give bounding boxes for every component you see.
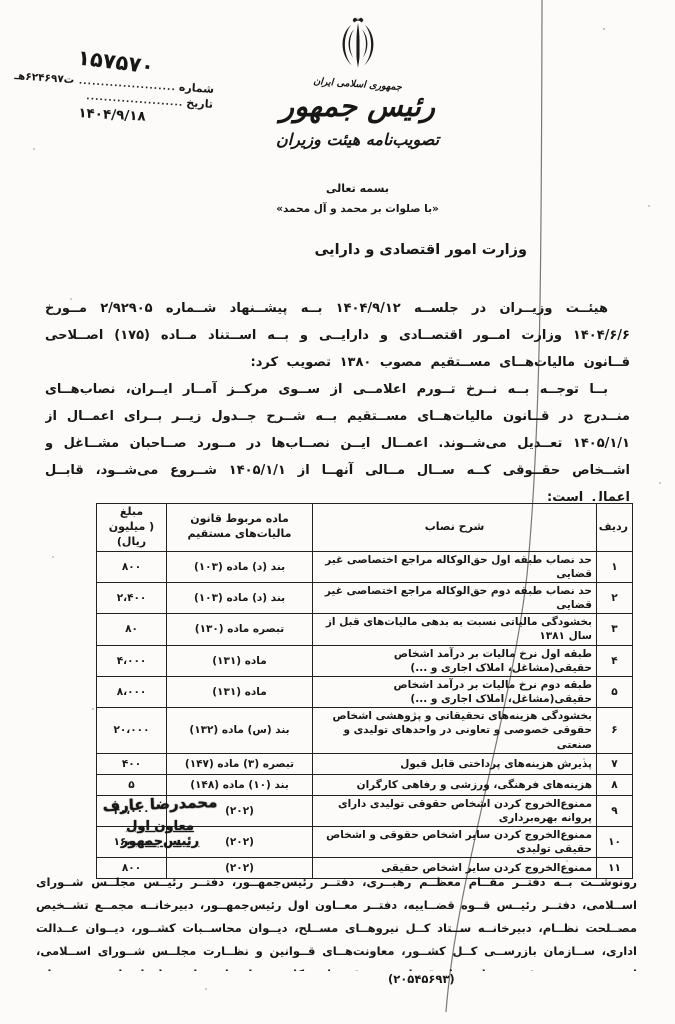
amount-cell: ۸۰۰ [97,551,167,582]
description-cell: بخشودگی مالیاتی نسبت به بدهی مالیات‌های … [313,614,597,645]
article-cell: بند (د) ماده (۱۰۳) [167,582,313,613]
row-number-cell: ۷ [597,753,633,774]
decree-paragraph-1: هیئــت وزیــران در جلســه ۱۴۰۴/۹/۱۲ بــه… [45,295,630,376]
table-row: ۸هزینه‌های فرهنگی، ورزشی و رفاهی کارگران… [97,774,633,795]
scan-noise-speckles [0,0,2,2]
description-cell: حد نصاب طبقه اول حق‌الوکاله مراجع اختصاص… [313,551,597,582]
amount-cell: ۲۰،۰۰۰ [97,708,167,754]
table-header-row: ردیف شرح نصاب ماده مربوط قانون مالیات‌ها… [97,504,633,552]
row-number-cell: ۸ [597,774,633,795]
document-type-title: تصویب‌نامه هیئت وزیران [40,130,675,149]
row-number-cell: ۳ [597,614,633,645]
description-cell: طبقه دوم نرخ مالیات بر درآمد اشخاص حقیقی… [313,676,597,707]
decree-paragraph-2: بــا توجــه بــه نــرخ تــورم اعلامــی ا… [45,376,630,501]
article-cell: بند (س) ماده (۱۳۲) [167,708,313,754]
letterhead-emblem-block: جمهوری اسلامی ایران رئیس جمهور تصویب‌نام… [40,14,675,149]
article-cell: بند (۱۰) ماده (۱۴۸) [167,774,313,795]
header-description: شرح نصاب [313,504,597,552]
bismillah-line: بسمه تعالی [40,182,675,195]
description-cell: هزینه‌های فرهنگی، ورزشی و رفاهی کارگران [313,774,597,795]
signatory-title: معاون اول رئیس‌جمهور [85,819,235,849]
distribution-list: رونوشــت بــه دفتــر مقــام معظــم رهبــ… [36,871,637,971]
row-number-cell: ۱۰ [597,827,633,858]
row-number-cell: ۶ [597,708,633,754]
table-row: ۷پذیرش هزینه‌های پرداختی قابل قبولتبصره … [97,753,633,774]
addressee-ministry: وزارت امور اقتصادی و دارایی [314,242,527,258]
table-row: ۳بخشودگی مالیاتی نسبت به بدهی مالیات‌های… [97,614,633,645]
article-cell: بند (د) ماده (۱۰۳) [167,551,313,582]
row-number-cell: ۹ [597,795,633,826]
row-number-cell: ۱ [597,551,633,582]
article-cell: ماده (۱۳۱) [167,676,313,707]
table-row: ۵طبقه دوم نرخ مالیات بر درآمد اشخاص حقیق… [97,676,633,707]
description-cell: بخشودگی هزینه‌های تحقیقاتی و پژوهشی اشخا… [313,708,597,754]
header-amount: مبلغ ( میلیون ریال) [97,504,167,552]
description-cell: حد نصاب طبقه دوم حق‌الوکاله مراجع اختصاص… [313,582,597,613]
description-cell: ممنوع‌الخروج کردن سایر اشخاص حقوقی و اشخ… [313,827,597,858]
table-row: ۲حد نصاب طبقه دوم حق‌الوکاله مراجع اختصا… [97,582,633,613]
table-row: ۱حد نصاب طبقه اول حق‌الوکاله مراجع اختصا… [97,551,633,582]
description-cell: پذیرش هزینه‌های پرداختی قابل قبول [313,753,597,774]
row-number-cell: ۵ [597,676,633,707]
table-row: ۴طبقه اول نرخ مالیات بر درآمد اشخاص حقیق… [97,645,633,676]
article-cell: تبصره ماده (۱۳۰) [167,614,313,645]
row-number-cell: ۴ [597,645,633,676]
amount-cell: ۸۰ [97,614,167,645]
article-cell: تبصره (۳) ماده (۱۴۷) [167,753,313,774]
scanned-decree-page: ۱۵۷۵۷۰ شماره ...................... ت۶۲۴… [0,0,675,1024]
amount-cell: ۲،۴۰۰ [97,582,167,613]
table-row: ۶بخشودگی هزینه‌های تحقیقاتی و پژوهشی اشخ… [97,708,633,754]
amount-cell: ۴۰۰ [97,753,167,774]
header-row-number: ردیف [597,504,633,552]
amount-cell: ۸،۰۰۰ [97,676,167,707]
signatory-name: محمدرضا عارف [85,792,236,815]
decree-body: هیئــت وزیــران در جلســه ۱۴۰۴/۹/۱۲ بــه… [45,295,630,501]
distribution-code: (۲۰۵۴۵۶۹۳) [388,972,455,986]
salawat-line: «با صلوات بر محمد و آل محمد» [40,203,675,215]
iran-emblem-icon [335,14,381,74]
amount-cell: ۵ [97,774,167,795]
article-cell: ماده (۱۳۱) [167,645,313,676]
signature-block: محمدرضا عارف معاون اول رئیس‌جمهور [85,795,235,849]
amount-cell: ۴،۰۰۰ [97,645,167,676]
row-number-cell: ۲ [597,582,633,613]
header-article: ماده مربوط قانون مالیات‌های مستقیم [167,504,313,552]
description-cell: ممنوع‌الخروج کردن اشخاص حقوقی تولیدی دار… [313,795,597,826]
description-cell: طبقه اول نرخ مالیات بر درآمد اشخاص حقیقی… [313,645,597,676]
